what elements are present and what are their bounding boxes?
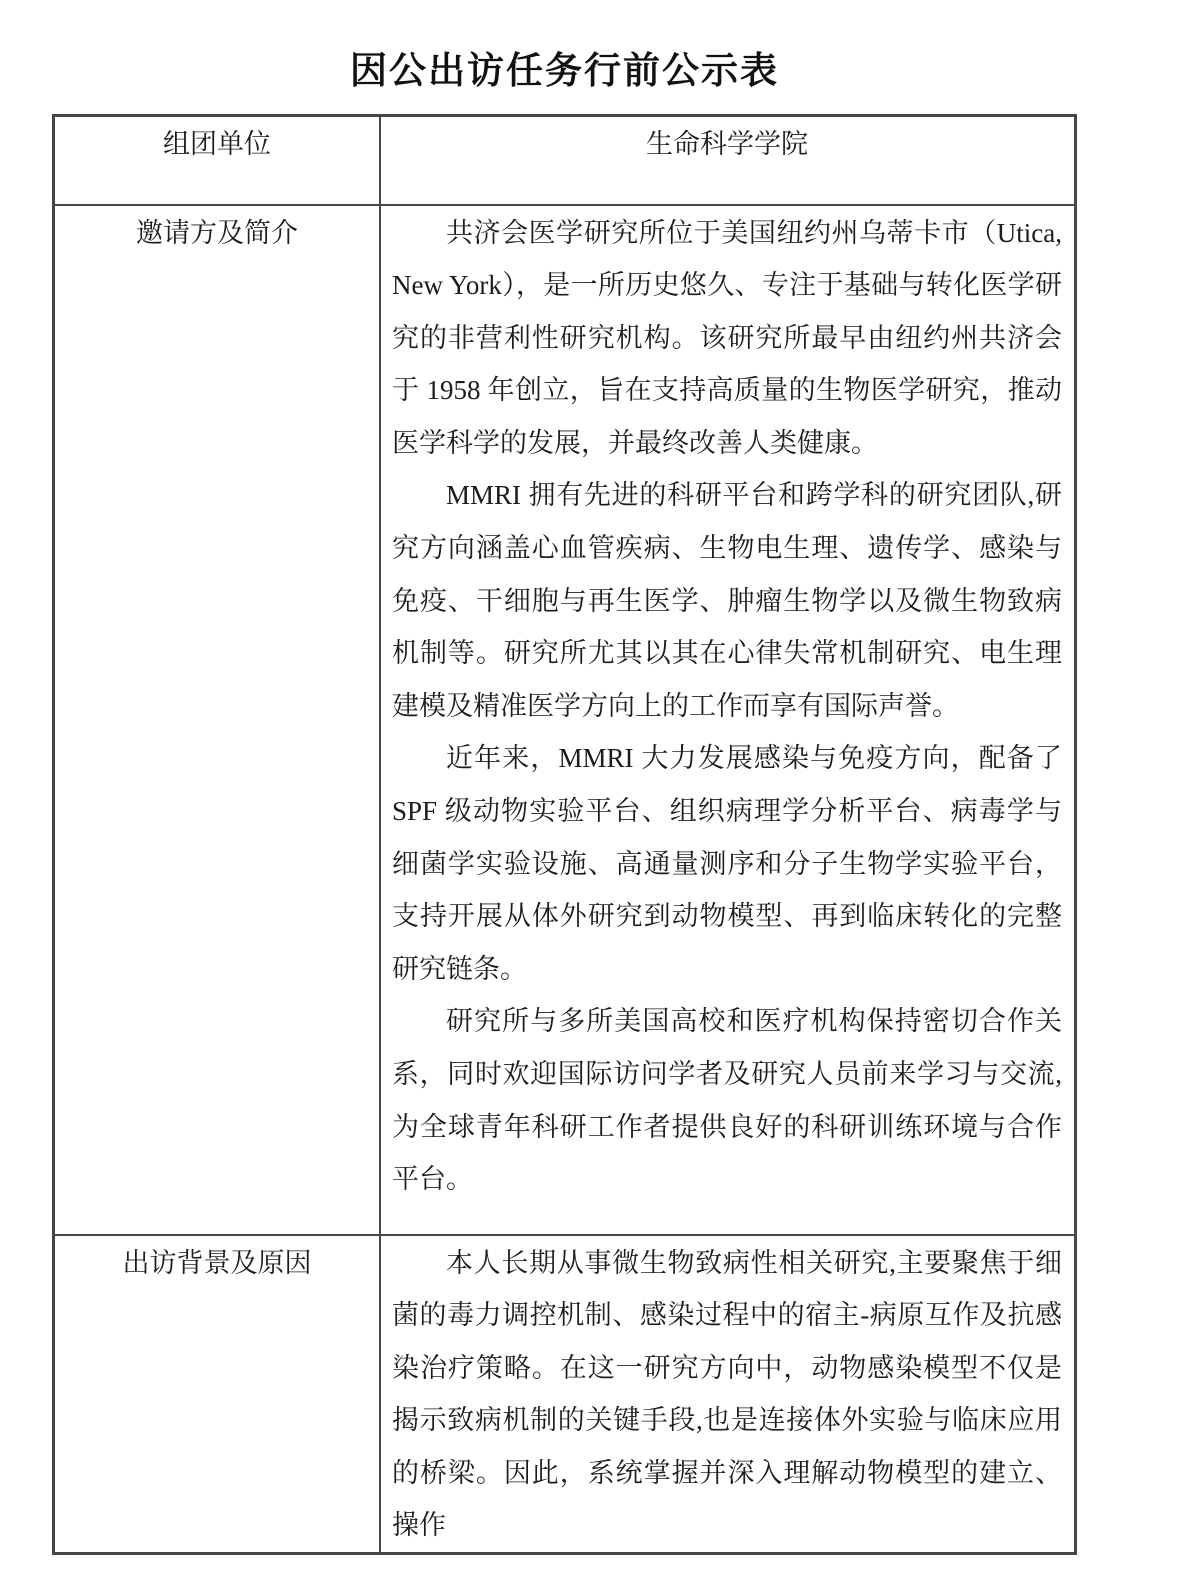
table-row: 邀请方及简介共济会医学研究所位于美国纽约州乌蒂卡市（Utica, New Yor… — [54, 205, 1076, 1235]
table-body: 组团单位生命科学学院邀请方及简介共济会医学研究所位于美国纽约州乌蒂卡市（Utic… — [54, 116, 1076, 1554]
table-row: 出访背景及原因本人长期从事微生物致病性相关研究,主要聚焦于细菌的毒力调控机制、感… — [54, 1235, 1076, 1554]
row-value-cell: 本人长期从事微生物致病性相关研究,主要聚焦于细菌的毒力调控机制、感染过程中的宿主… — [380, 1235, 1076, 1554]
table-row: 组团单位生命科学学院 — [54, 116, 1076, 205]
row-label: 出访背景及原因 — [123, 1248, 312, 1278]
paragraph: MMRI 拥有先进的科研平台和跨学科的研究团队,研究方向涵盖心血管疾病、生物电生… — [392, 469, 1062, 732]
document-page: 因公出访任务行前公示表 组团单位生命科学学院邀请方及简介共济会医学研究所位于美国… — [0, 0, 1179, 1578]
row-label-cell: 出访背景及原因 — [54, 1235, 381, 1554]
pre-departure-notice-table: 组团单位生命科学学院邀请方及简介共济会医学研究所位于美国纽约州乌蒂卡市（Utic… — [52, 114, 1077, 1555]
paragraph: 研究所与多所美国高校和医疗机构保持密切合作关系，同时欢迎国际访问学者及研究人员前… — [392, 995, 1062, 1205]
row-label: 邀请方及简介 — [136, 218, 298, 248]
row-label-cell: 邀请方及简介 — [54, 205, 381, 1235]
paragraph: 共济会医学研究所位于美国纽约州乌蒂卡市（Utica, New York），是一所… — [392, 207, 1062, 470]
row-label: 组团单位 — [163, 129, 271, 159]
row-value-cell: 共济会医学研究所位于美国纽约州乌蒂卡市（Utica, New York），是一所… — [380, 205, 1076, 1235]
paragraph: 本人长期从事微生物致病性相关研究,主要聚焦于细菌的毒力调控机制、感染过程中的宿主… — [392, 1237, 1062, 1553]
row-value-cell: 生命科学学院 — [380, 116, 1076, 205]
page-title: 因公出访任务行前公示表 — [52, 40, 1077, 94]
paragraph: 近年来，MMRI 大力发展感染与免疫方向，配备了 SPF 级动物实验平台、组织病… — [392, 732, 1062, 995]
row-label-cell: 组团单位 — [54, 116, 381, 205]
paragraph: 生命科学学院 — [392, 118, 1062, 171]
